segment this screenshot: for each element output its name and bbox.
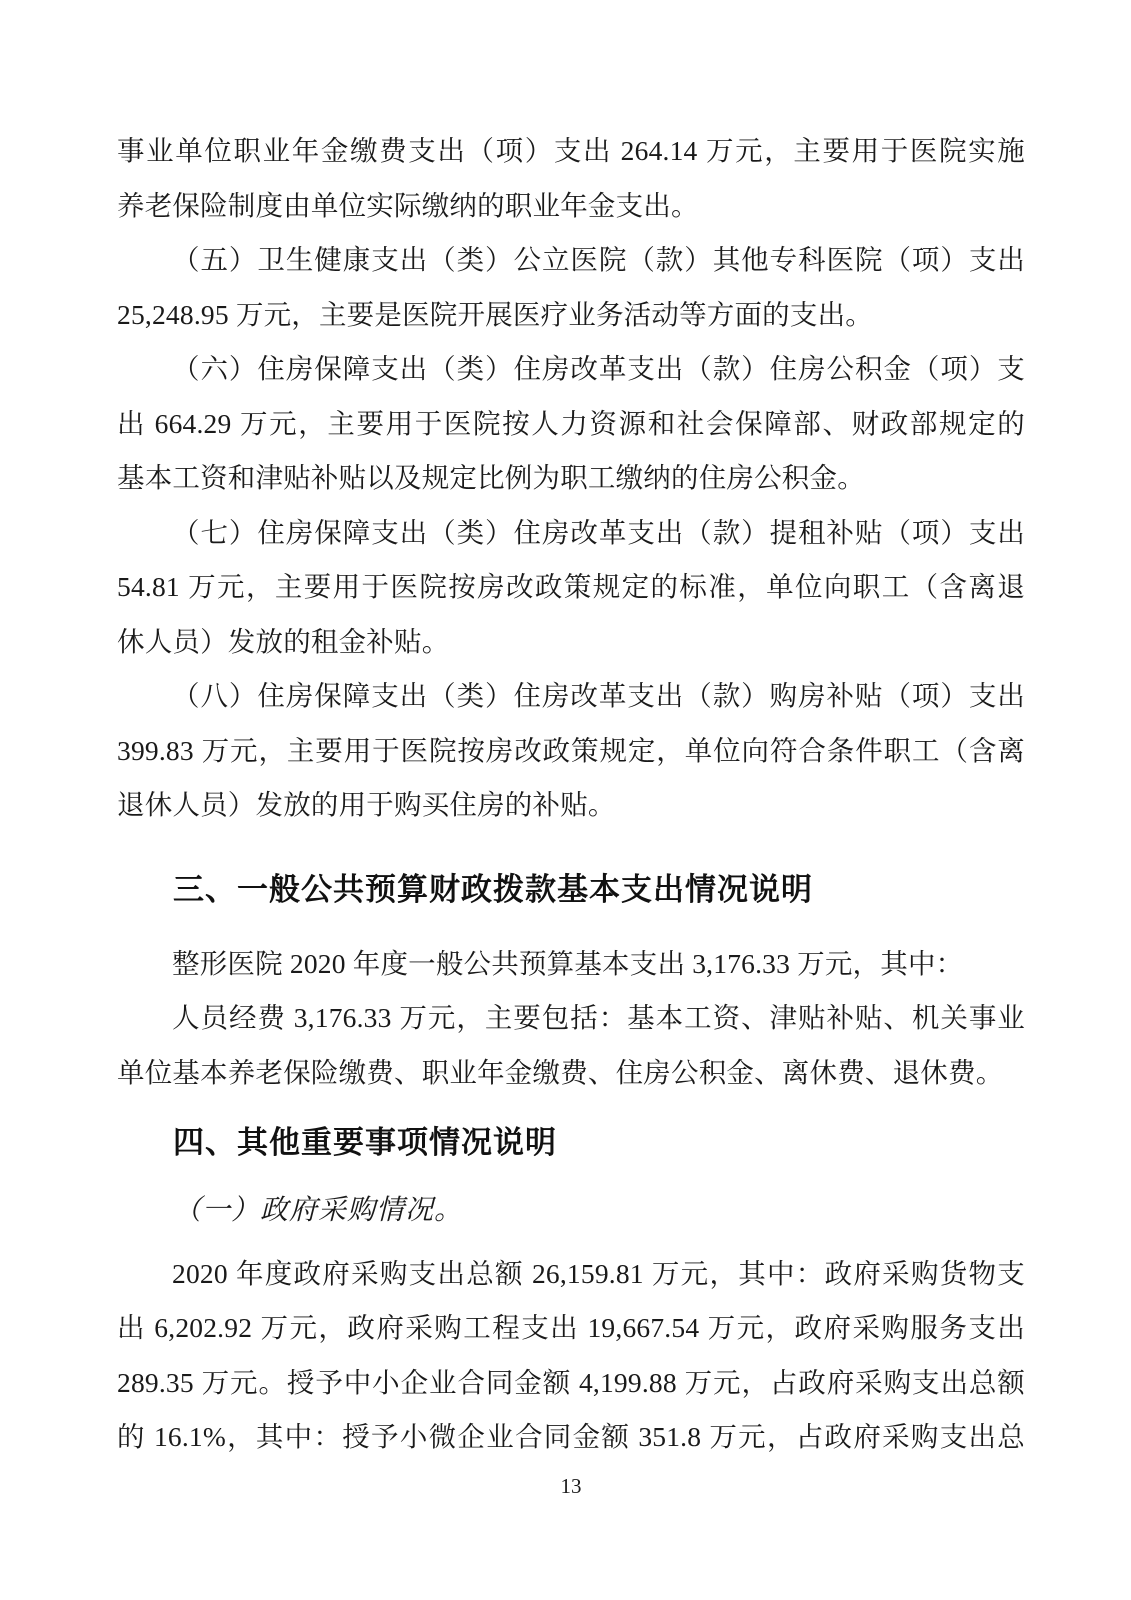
section-heading-3: 三、一般公共预算财政拨款基本支出情况说明 xyxy=(117,859,1025,921)
body-text-line: 单位基本养老保险缴费、职业年金缴费、住房公积金、离休费、退休费。 xyxy=(117,1046,1025,1101)
text-column: 事业单位职业年金缴费支出（项）支出 264.14 万元，主要用于医院实施 养老保… xyxy=(117,124,1025,1501)
paragraph-item-5: （五）卫生健康支出（类）公立医院（款）其他专科医院（项）支出 25,248.95… xyxy=(117,233,1025,342)
body-text-line: 整形医院 2020 年度一般公共预算基本支出 3,176.33 万元，其中： xyxy=(117,937,1025,992)
paragraph-procurement-detail: 2020 年度政府采购支出总额 26,159.81 万元，其中：政府采购货物支 … xyxy=(117,1247,1025,1465)
body-text-line: 399.83 万元，主要用于医院按房改政策规定，单位向符合条件职工（含离 xyxy=(117,724,1025,779)
section-heading-4: 四、其他重要事项情况说明 xyxy=(117,1112,1025,1174)
body-text-line: （八）住房保障支出（类）住房改革支出（款）购房补贴（项）支出 xyxy=(117,669,1025,724)
body-text-line: 养老保险制度由单位实际缴纳的职业年金支出。 xyxy=(117,179,1025,234)
paragraph-item-8: （八）住房保障支出（类）住房改革支出（款）购房补贴（项）支出 399.83 万元… xyxy=(117,669,1025,833)
body-text-line: （五）卫生健康支出（类）公立医院（款）其他专科医院（项）支出 xyxy=(117,233,1025,288)
paragraph-pension-continued: 事业单位职业年金缴费支出（项）支出 264.14 万元，主要用于医院实施 养老保… xyxy=(117,124,1025,233)
document-page: 事业单位职业年金缴费支出（项）支出 264.14 万元，主要用于医院实施 养老保… xyxy=(0,0,1131,1600)
body-text-line: 25,248.95 万元，主要是医院开展医疗业务活动等方面的支出。 xyxy=(117,288,1025,343)
body-text-line: 人员经费 3,176.33 万元，主要包括：基本工资、津贴补贴、机关事业 xyxy=(117,991,1025,1046)
paragraph-procurement-subheading: （一）政府采购情况。 xyxy=(117,1184,1025,1239)
body-text-line: 289.35 万元。授予中小企业合同金额 4,199.88 万元，占政府采购支出… xyxy=(117,1356,1025,1411)
body-text-line: 退休人员）发放的用于购买住房的补贴。 xyxy=(117,778,1025,833)
body-text-line: （一）政府采购情况。 xyxy=(117,1184,1025,1239)
body-text-line: 基本工资和津贴补贴以及规定比例为职工缴纳的住房公积金。 xyxy=(117,451,1025,506)
body-text-line: 休人员）发放的租金补贴。 xyxy=(117,615,1025,670)
page-number: 13 xyxy=(117,1471,1025,1501)
body-text-line: （六）住房保障支出（类）住房改革支出（款）住房公积金（项）支 xyxy=(117,342,1025,397)
paragraph-personnel-expense: 人员经费 3,176.33 万元，主要包括：基本工资、津贴补贴、机关事业 单位基… xyxy=(117,991,1025,1100)
body-text-line: 的 16.1%，其中：授予小微企业合同金额 351.8 万元，占政府采购支出总 xyxy=(117,1410,1025,1465)
body-text-line: 2020 年度政府采购支出总额 26,159.81 万元，其中：政府采购货物支 xyxy=(117,1247,1025,1302)
paragraph-item-6: （六）住房保障支出（类）住房改革支出（款）住房公积金（项）支 出 664.29 … xyxy=(117,342,1025,506)
body-text-line: 事业单位职业年金缴费支出（项）支出 264.14 万元，主要用于医院实施 xyxy=(117,124,1025,179)
paragraph-basic-expenditure: 整形医院 2020 年度一般公共预算基本支出 3,176.33 万元，其中： xyxy=(117,937,1025,992)
paragraph-item-7: （七）住房保障支出（类）住房改革支出（款）提租补贴（项）支出 54.81 万元，… xyxy=(117,506,1025,670)
body-text-line: 出 664.29 万元，主要用于医院按人力资源和社会保障部、财政部规定的 xyxy=(117,397,1025,452)
body-text-line: 54.81 万元，主要用于医院按房改政策规定的标准，单位向职工（含离退 xyxy=(117,560,1025,615)
body-text-line: （七）住房保障支出（类）住房改革支出（款）提租补贴（项）支出 xyxy=(117,506,1025,561)
body-text-line: 出 6,202.92 万元，政府采购工程支出 19,667.54 万元，政府采购… xyxy=(117,1301,1025,1356)
